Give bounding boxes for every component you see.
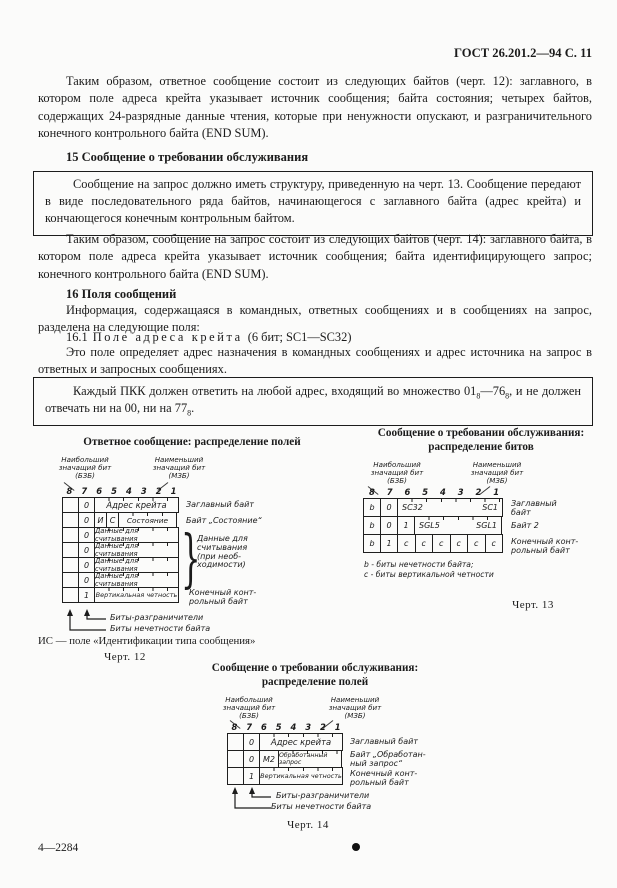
paragraph-response-message: Таким образом, ответное сообщение состои… — [38, 73, 592, 142]
fig14-bottom-arrows — [227, 787, 273, 815]
fig12-byte-table: 0 Адрес крейта 0 И С Состояние 0 Данные … — [62, 497, 179, 603]
fig12-bottom-arrows — [62, 609, 108, 637]
fig13-lsb-label: Наименьший значащий бит (МЗБ) — [460, 461, 534, 486]
fig13-sgl-cell: SGL5 SGL1 — [414, 516, 502, 535]
fig14-title-line1: Сообщение о требовании обслуживания: — [170, 662, 460, 674]
fig13-title-line1: Сообщение о требовании обслуживания: — [352, 427, 610, 439]
fig12-msb-label: Наибольший значащий бит (БЗБ) — [50, 456, 120, 481]
paragraph-field-purpose: Это поле определяет адрес назначения в к… — [38, 344, 592, 379]
section-16-1-tail: (6 бит; SC1—SC32) — [248, 330, 352, 344]
fig13-row-byte2: b 0 1 SGL5 SGL1 — [363, 516, 503, 535]
notice-box-1: Сообщение на запрос должно иметь структу… — [33, 171, 593, 236]
fig12-row-read-data: 0 Данные для считывания — [62, 542, 179, 558]
fig13-crate-address-cell: SC32 SC1 — [397, 498, 503, 517]
fig13-parity-cells: c c c c c c — [397, 534, 503, 553]
fig14-label-header-byte: Заглавный байт — [350, 738, 418, 747]
fig12-arrow-label-delimiters: Биты-разграничители — [110, 614, 203, 623]
fig14-crate-address-cell: Адрес крейта — [259, 733, 343, 751]
fig12-row-header-byte: 0 Адрес крейта — [62, 497, 179, 513]
fig12-lsb-label: Наименьший значащий бит (МЗБ) — [142, 456, 216, 481]
fig12-bit-numbers: 87654321 — [62, 486, 181, 496]
fig13-msb-label: Наибольший значащий бит (БЗБ) — [362, 461, 432, 486]
fig12-row-read-data: 0 Данные для считывания — [62, 527, 179, 543]
page-marker-dot — [352, 843, 360, 851]
fig14-byte-table: 0 Адрес крейта 0 М2 Обработанный запрос … — [227, 733, 343, 785]
fig12-caption: Черт. 12 — [70, 651, 180, 663]
fig14-label-request-byte: Байт „Обработан- ный запрос“ — [350, 751, 426, 769]
fig14-lsb-label: Наименьший значащий бит (МЗБ) — [318, 696, 392, 721]
fig14-msb-label: Наибольший значащий бит (БЗБ) — [214, 696, 284, 721]
fig13-title-line2: распределение битов — [352, 441, 610, 453]
fig14-row-header-byte: 0 Адрес крейта — [227, 733, 343, 751]
fig13-row-end-sum: b 1 c c c c c c — [363, 534, 503, 553]
fig14-arrow-label-delimiters: Биты-разграничители — [276, 792, 369, 801]
document-page: ГОСТ 26.201.2—94 С. 11 Таким образом, от… — [0, 0, 617, 888]
fig14-row-request-byte: 0 М2 Обработанный запрос — [227, 750, 343, 768]
fig14-caption: Черт. 14 — [253, 819, 363, 831]
box2-text: Каждый ПКК должен ответить на любой адре… — [73, 384, 476, 398]
fig12-label-read-data: Данные для считывания (при необ- ходимос… — [197, 535, 248, 570]
fig14-title-line2: распределение полей — [170, 676, 460, 688]
fig12-label-end-byte: Конечный конт- рольный байт — [189, 589, 256, 607]
fig13-label-end-byte: Конечный конт- рольный байт — [511, 538, 578, 556]
fig14-arrow-label-parity: Биты нечетности байта — [271, 803, 371, 812]
fig12-title: Ответное сообщение: распределение полей — [46, 436, 338, 448]
fig13-caption: Черт. 13 — [478, 599, 588, 611]
fig13-row-header-byte: b 0 SC32 SC1 — [363, 498, 503, 517]
fig12-row-read-data: 0 Данные для считывания — [62, 557, 179, 573]
fig12-crate-address-cell: Адрес крейта — [94, 497, 179, 513]
fig12-row-read-data: 0 Данные для считывания — [62, 572, 179, 588]
fig12-label-header-byte: Заглавный байт — [186, 501, 254, 510]
fig14-label-end-byte: Конечный конт- рольный байт — [350, 770, 417, 788]
fig13-bit-numbers: 87654321 — [363, 487, 505, 497]
fig13-legend: b - биты нечетности байта; c - биты верт… — [364, 560, 494, 579]
fig12-arrow-label-parity: Биты нечетности байта — [110, 625, 210, 634]
notice-box-2: Каждый ПКК должен ответить на любой адре… — [33, 377, 593, 426]
fig13-label-header-byte: Заглавный байт — [511, 500, 557, 518]
fig13-label-byte2: Байт 2 — [511, 522, 539, 531]
fig14-row-end-sum: 1 Вертикальная четность — [227, 767, 343, 785]
paragraph-request-message: Таким образом, сообщение на запрос состо… — [38, 231, 592, 283]
print-order-number: 4—2284 — [38, 842, 78, 854]
fig12-row-end-sum: 1 Вертикальная четность — [62, 587, 179, 603]
page-header: ГОСТ 26.201.2—94 С. 11 — [292, 46, 592, 61]
fig14-bit-numbers: 87654321 — [227, 722, 345, 732]
section-16-1-number: 16.1 — [66, 330, 88, 344]
fig12-row-status-byte: 0 И С Состояние — [62, 512, 179, 528]
fig13-byte-table: b 0 SC32 SC1 b 0 1 SGL5 SGL1 b 1 c c c c — [363, 498, 503, 553]
section-16-heading: 16 Поля сообщений — [66, 287, 176, 302]
section-16-1-title: Поле адреса крейта — [93, 330, 243, 344]
fig12-note: ИС — поле «Идентификации типа сообщения» — [38, 635, 255, 647]
section-15-heading: 15 Сообщение о требовании обслуживания — [66, 150, 308, 165]
